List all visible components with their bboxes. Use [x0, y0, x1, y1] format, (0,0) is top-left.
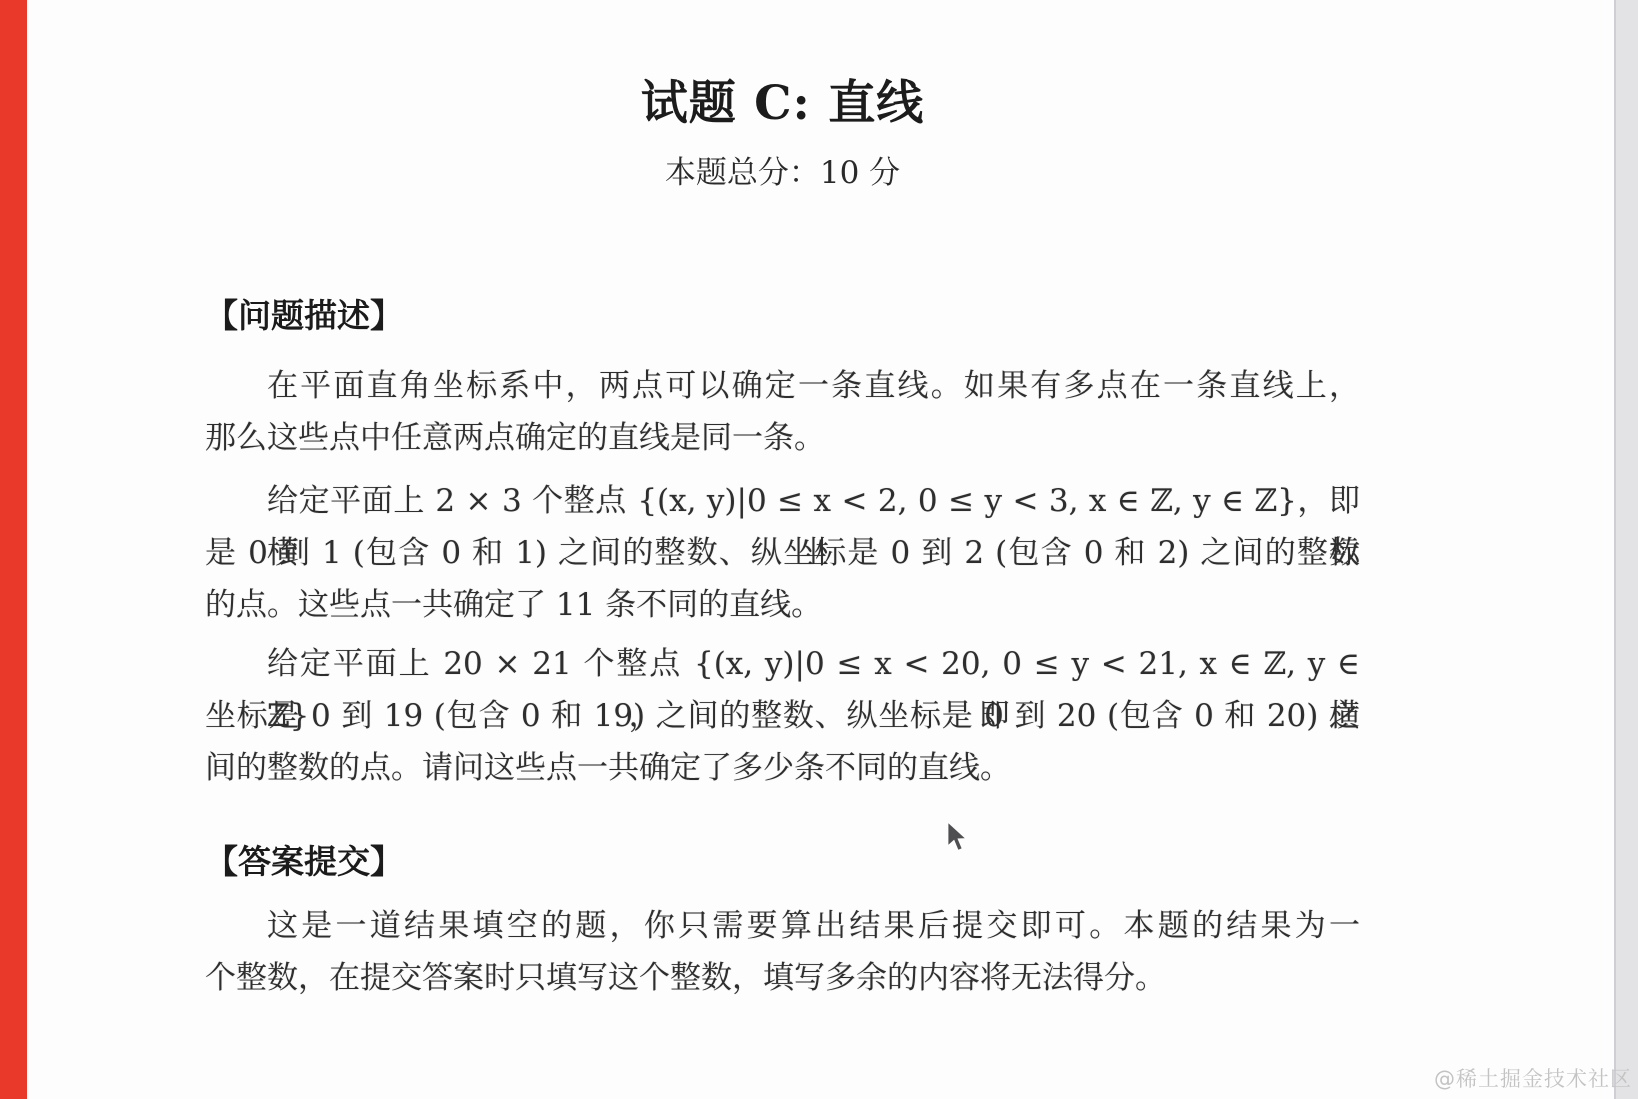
text-line: 这是一道结果填空的题，你只需要算出结果后提交即可。本题的结果为一 — [205, 900, 1360, 952]
text-line: 间的整数的点。请问这些点一共确定了多少条不同的直线。 — [205, 742, 1360, 794]
text-line: 给定平面上 20 × 21 个整点 {(x, y)|0 ≤ x < 20, 0 … — [205, 638, 1360, 690]
text-line: 在平面直角坐标系中，两点可以确定一条直线。如果有多点在一条直线上， — [205, 360, 1360, 412]
text-line: 个整数，在提交答案时只填写这个整数，填写多余的内容将无法得分。 — [205, 952, 1360, 1004]
page-title: 试题 C: 直线 — [205, 76, 1360, 132]
text-line: 那么这些点中任意两点确定的直线是同一条。 — [205, 412, 1360, 464]
section-heading-answer-submission: 【答案提交】 — [205, 840, 1360, 884]
text-line: 坐标是 0 到 19 (包含 0 和 19) 之间的整数、纵坐标是 0 到 20… — [205, 690, 1360, 742]
text-line: 的点。这些点一共确定了 11 条不同的直线。 — [205, 579, 1360, 631]
section-heading-problem-description: 【问题描述】 — [205, 294, 1360, 338]
page-edge-scroll-strip[interactable] — [1614, 0, 1638, 1099]
text-line: 是 0 到 1 (包含 0 和 1) 之间的整数、纵坐标是 0 到 2 (包含 … — [205, 527, 1360, 579]
paragraph-intro: 在平面直角坐标系中，两点可以确定一条直线。如果有多点在一条直线上， 那么这些点中… — [205, 360, 1360, 464]
paragraph-question: 给定平面上 20 × 21 个整点 {(x, y)|0 ≤ x < 20, 0 … — [205, 638, 1360, 794]
watermark: @稀土掘金技术社区 — [1434, 1063, 1632, 1093]
paragraph-example: 给定平面上 2 × 3 个整点 {(x, y)|0 ≤ x < 2, 0 ≤ y… — [205, 475, 1360, 631]
text-line: 给定平面上 2 × 3 个整点 {(x, y)|0 ≤ x < 2, 0 ≤ y… — [205, 475, 1360, 527]
document-page: 试题 C: 直线 本题总分：10 分 【问题描述】 在平面直角坐标系中，两点可以… — [0, 0, 1638, 1099]
left-accent-bar — [0, 0, 27, 1099]
paragraph-submission-note: 这是一道结果填空的题，你只需要算出结果后提交即可。本题的结果为一 个整数，在提交… — [205, 900, 1360, 1004]
mouse-cursor-icon — [946, 822, 970, 858]
score-line: 本题总分：10 分 — [205, 153, 1360, 193]
